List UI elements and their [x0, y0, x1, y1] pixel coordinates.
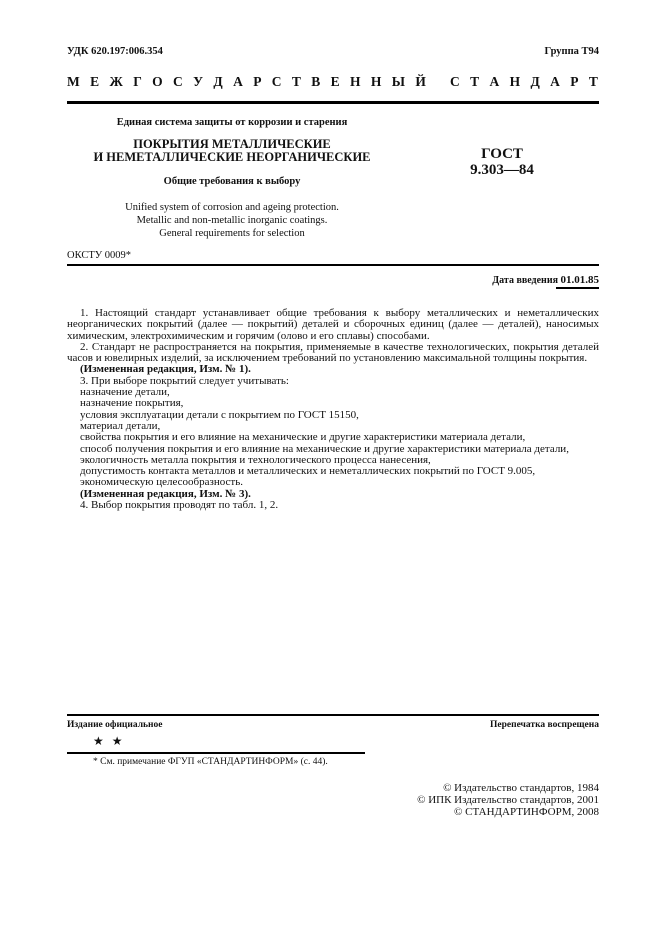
document-title: ПОКРЫТИЯ МЕТАЛЛИЧЕСКИЕ И НЕМЕТАЛЛИЧЕСКИЕ… — [82, 138, 382, 164]
date-label: Дата введения — [492, 275, 558, 286]
banner-letter: Н — [510, 74, 521, 90]
date-underline — [556, 287, 599, 289]
banner-letter: Г — [133, 74, 142, 90]
paragraph-4: 4. Выбор покрытия проводят по табл. 1, 2… — [67, 500, 599, 511]
banner-letter: М — [67, 74, 80, 90]
banner-letter: Д — [213, 74, 222, 90]
banner-letter: Ы — [392, 74, 405, 90]
document-subtitle: Общие требования к выбору — [82, 176, 382, 187]
document-body: 1. Настоящий стандарт устанавливает общи… — [67, 308, 599, 511]
group-code: Группа Т94 — [545, 46, 599, 57]
banner-letter: У — [193, 74, 203, 90]
banner-letter: В — [311, 74, 320, 90]
gost-label: ГОСТ — [452, 146, 552, 162]
footnote: * См. примечание ФГУП «СТАНДАРТИНФОРМ» (… — [93, 757, 328, 767]
banner-letter: Р — [570, 74, 578, 90]
footnote-rule — [67, 752, 365, 754]
english-line-2: Metallic and non-metallic inorganic coat… — [82, 214, 382, 227]
banner-letter: С — [450, 74, 460, 90]
copyright-line: © ИПК Издательство стандартов, 2001 — [417, 794, 599, 806]
okstu-rule — [67, 264, 599, 266]
banner-letter: С — [272, 74, 282, 90]
standard-banner: МЕЖГОСУДАРСТВЕННЫЙ СТАНДАРТ — [67, 74, 598, 90]
english-line-3: General requirements for selection — [82, 227, 382, 240]
english-line-1: Unified system of corrosion and ageing p… — [82, 201, 382, 214]
banner-letter: Р — [253, 74, 261, 90]
paragraph-1: 1. Настоящий стандарт устанавливает общи… — [67, 308, 599, 342]
banner-letter: Й — [415, 74, 426, 90]
banner-letter: Н — [350, 74, 361, 90]
banner-letter: Н — [371, 74, 382, 90]
banner-letter: С — [173, 74, 183, 90]
gost-designation: ГОСТ 9.303—84 — [452, 146, 552, 178]
title-line-2: И НЕМЕТАЛЛИЧЕСКИЕ НЕОРГАНИЧЕСКИЕ — [82, 151, 382, 164]
banner-letter: Т — [589, 74, 598, 90]
banner-letter: О — [152, 74, 163, 90]
date-value: 01.01.85 — [561, 274, 600, 286]
reprint-prohibited-label: Перепечатка воспрещена — [490, 720, 599, 730]
introduction-date: Дата введения 01.01.85 — [492, 274, 599, 286]
banner-letter — [436, 74, 439, 90]
banner-letter: Т — [292, 74, 301, 90]
banner-letter: Д — [530, 74, 539, 90]
header-rule — [67, 101, 599, 104]
series-title: Единая система защиты от коррозии и стар… — [82, 117, 382, 128]
english-title: Unified system of corrosion and ageing p… — [82, 201, 382, 240]
banner-letter: А — [233, 74, 243, 90]
copyright-line: © Издательство стандартов, 1984 — [417, 782, 599, 794]
banner-letter: Ж — [109, 74, 122, 90]
gost-number: 9.303—84 — [452, 162, 552, 178]
paragraph-2: 2. Стандарт не распространяется на покры… — [67, 342, 599, 365]
copyright-line: © СТАНДАРТИНФОРМ, 2008 — [417, 806, 599, 818]
banner-letter: А — [550, 74, 560, 90]
banner-letter: Т — [470, 74, 479, 90]
star-icons: ★★ — [93, 734, 131, 749]
list-item: свойства покрытия и его влияние на механ… — [67, 432, 599, 443]
banner-letter: Е — [90, 74, 99, 90]
udk-code: УДК 620.197:006.354 — [67, 46, 163, 57]
banner-letter: Е — [331, 74, 340, 90]
okstu-code: ОКСТУ 0009* — [67, 250, 131, 261]
official-edition-label: Издание официальное — [67, 720, 163, 730]
list-item: назначение покрытия, — [67, 398, 599, 409]
footer-rule — [67, 714, 599, 716]
copyright-block: © Издательство стандартов, 1984 © ИПК Из… — [417, 782, 599, 818]
banner-letter: А — [490, 74, 500, 90]
